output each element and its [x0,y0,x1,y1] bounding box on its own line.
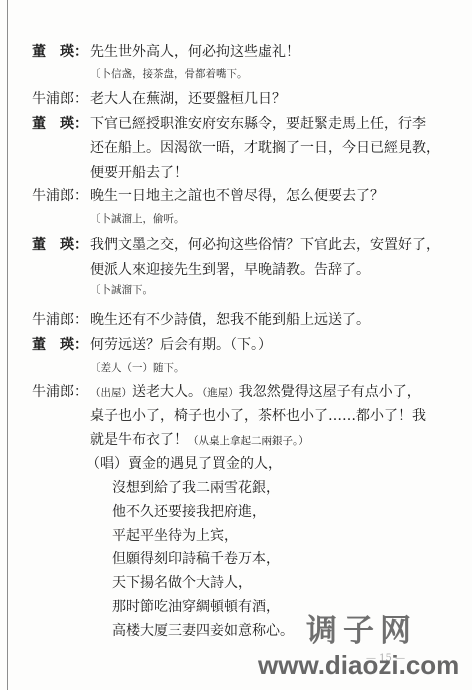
lyric-text: 賣金的遇見了買金的人， [128,456,282,472]
speaker-niu-pulang: 牛浦郎： [32,91,89,107]
stage-direction: 〔卜信盏，接茶盘，骨都着嘴下。 [90,68,248,80]
dialogue-line: 便派人來迎接先生到署，早晚請教。告辞了。 [90,262,370,278]
dialogue-line: 晚生一日地主之誼也不曾尽得，怎么便要去了？ [90,188,384,204]
speaker-niu-pulang: 牛浦郎： [32,188,89,204]
song-line: 沒想到給了我二兩雪花銀， [112,480,280,496]
dialogue-line: 下官已經授职淮安府安东縣令，要赶緊走馬上任，行李 [90,116,426,132]
song-line: 平起平坐待为上宾， [112,528,238,544]
dialogue-text: 我忽然覺得这屋子有点小了， [239,384,421,400]
dialogue-line: 还在船上。因渴欲一晤，才耽搁了一日，今日已經見教， [90,140,440,156]
stage-direction: 〔卜誠溜上，偷听。 [90,213,185,225]
speaker-dong-ying: 董 瑛： [32,116,89,132]
song-line: （唱）賣金的遇見了買金的人， [86,456,282,472]
inline-stage-direction: （進屋） [202,387,239,399]
dialogue-line: 便要开船去了！ [90,165,188,181]
dialogue-line: （出屋）送老大人。（進屋）我忽然覺得这屋子有点小了， [90,384,421,401]
stage-direction: 〔卜誠溜下。 [90,284,153,296]
song-line: 天下揚名做个大詩人， [112,575,252,591]
inline-stage-direction: （出屋） [90,387,132,399]
sing-cue: （唱） [86,456,128,472]
dialogue-line: 就是牛布衣了！（从桌上拿起二兩銀子。） [90,432,309,449]
song-line: 但願得刻印詩稿千卷万本， [112,551,280,567]
watermark-title: 调子网 [306,614,417,648]
stage-direction: 〔差人（一）随下。 [90,362,185,374]
dialogue-line: 先生世外高人，何必拘这些虛礼！ [90,44,300,60]
speaker-dong-ying: 董 瑛： [32,237,89,253]
scanned-script-page: 董 瑛： 先生世外高人，何必拘这些虛礼！ 〔卜信盏，接茶盘，骨都着嘴下。 牛浦郎… [0,0,472,690]
dialogue-line: 我們文墨之交，何必拘这些俗情？下官此去，安置好了， [90,237,440,253]
speaker-niu-pulang: 牛浦郎： [32,312,89,328]
dialogue-line: 何劳远送？后会有期。（下。） [90,337,272,353]
song-line: 高楼大厦三妻四妾如意称心。 [112,623,294,639]
page-binding-edge [7,0,8,690]
dialogue-text: 送老大人。 [132,384,202,400]
speaker-dong-ying: 董 瑛： [32,44,89,60]
speaker-niu-pulang: 牛浦郎： [32,384,89,400]
dialogue-line: 晚生还有不少詩債，恕我不能到船上远送了。 [90,312,370,328]
dialogue-line: 老大人在蕪湖，还要盤桓几日？ [90,91,286,107]
speaker-dong-ying: 董 瑛： [32,337,89,353]
dialogue-line: 桌子也小了，椅子也小了，茶杯也小了……都小了！我 [90,408,426,424]
song-line: 那时節吃油穿綢頓頓有酒， [112,599,280,615]
watermark-url: www.diaozi.com [258,650,459,680]
song-line: 他不久还要接我把府進， [112,504,266,520]
inline-stage-direction: （从桌上拿起二兩銀子。） [188,435,309,447]
dialogue-text: 就是牛布衣了！ [90,432,188,448]
